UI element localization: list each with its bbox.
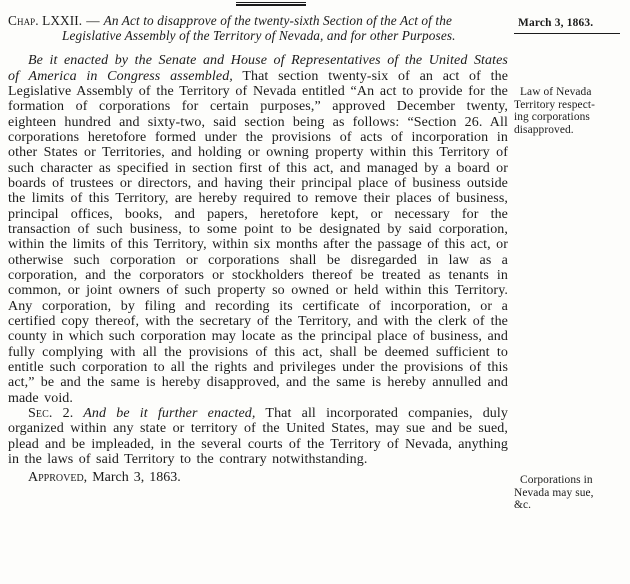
act-title: An Act to disapprove of the twenty-sixth… (62, 13, 456, 43)
section-divider-rule (236, 2, 306, 6)
approved-label: Approved, (28, 470, 87, 485)
chapter-dash: — (86, 13, 99, 28)
chapter-heading: Chap. LXXII.—An Act to disapprove of the… (8, 14, 508, 43)
section-1-text: That section twenty-six of an act of the… (8, 69, 508, 406)
main-text-column: Chap. LXXII.—An Act to disapprove of the… (8, 14, 508, 486)
approved-date: March 3, 1863. (87, 470, 181, 485)
approved-line: Approved, March 3, 1863. (8, 470, 508, 485)
statute-page: Chap. LXXII.—An Act to disapprove of the… (0, 0, 630, 584)
margin-date-note: March 3, 1863. (514, 17, 620, 34)
chapter-label: Chap. LXXII. (8, 13, 82, 28)
margin-note-corporations-may-sue: Corporations in Nevada may sue, &c. (514, 474, 626, 512)
section-2-enacting-clause: And be it further enacted, (73, 406, 255, 421)
section-2-label: Sec. 2. (28, 406, 73, 421)
section-2-paragraph: Sec. 2. And be it further enacted, That … (8, 406, 508, 467)
section-1-paragraph: Be it enacted by the Senate and House of… (8, 53, 508, 406)
margin-note-law-disapproved: Law of Nevada Territory respect- ing cor… (514, 86, 626, 137)
